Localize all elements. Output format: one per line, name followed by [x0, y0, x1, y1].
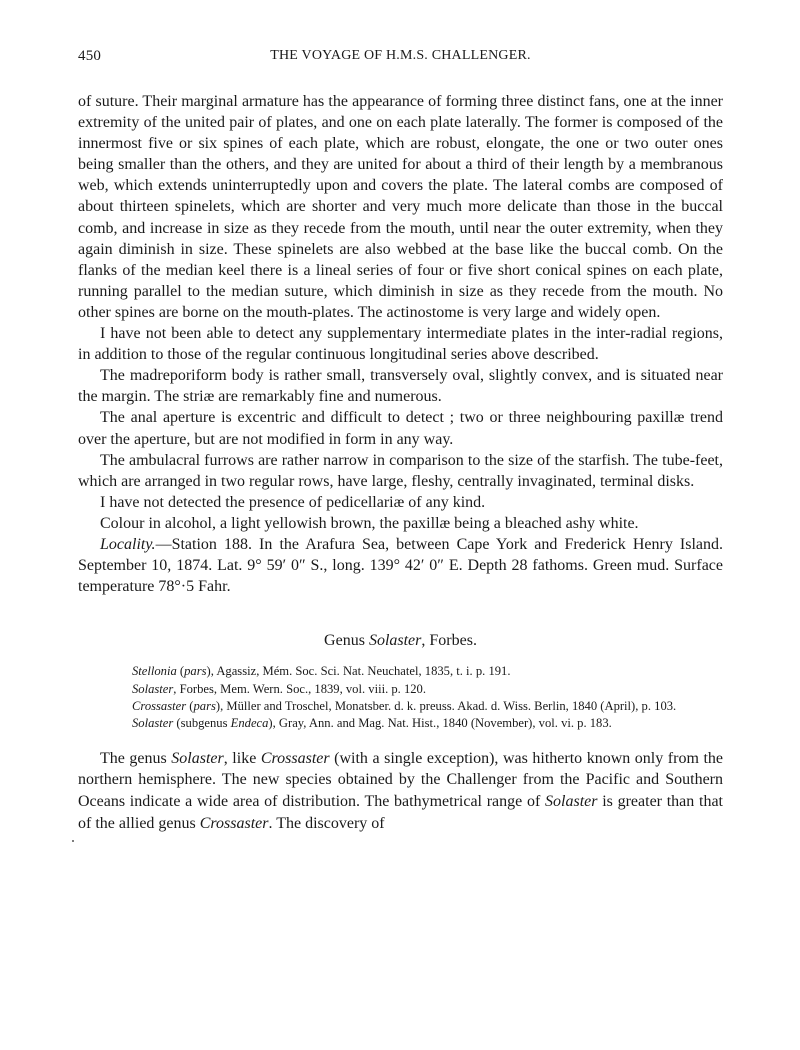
genus-name: Crossaster	[261, 750, 330, 767]
citation: Müller and Troschel, Monatsber. d. k. pr…	[226, 699, 676, 713]
qualifier: pars	[193, 699, 215, 713]
qualifier: Endeca	[231, 716, 269, 730]
qualifier-close: ),	[207, 664, 217, 678]
taxon-name: Solaster	[132, 716, 173, 730]
genus-prefix: Genus	[324, 632, 369, 649]
synonymy-entry: Solaster (subgenus Endeca), Gray, Ann. a…	[132, 715, 723, 732]
page-header: 450 THE VOYAGE OF H.M.S. CHALLENGER.	[78, 44, 723, 68]
paragraph: The madreporiform body is rather small, …	[78, 365, 723, 407]
taxon-name: Solaster	[132, 682, 173, 696]
genus-name: Crossaster	[200, 815, 269, 832]
synonymy-list: Stellonia (pars), Agassiz, Mém. Soc. Sci…	[132, 663, 723, 733]
paragraph: The genus Solaster, like Crossaster (wit…	[78, 748, 723, 834]
text-run: . The discovery of	[269, 815, 385, 832]
citation: Agassiz, Mém. Soc. Sci. Nat. Neuchatel, …	[216, 664, 510, 678]
genus-name: Solaster	[171, 750, 223, 767]
genus-name: Solaster	[369, 632, 421, 649]
locality-dash: —	[156, 536, 172, 553]
paragraph-continued: of suture. Their marginal armature has t…	[78, 91, 723, 323]
paragraph: The ambulacral furrows are rather narrow…	[78, 450, 723, 492]
qualifier-close: ),	[268, 716, 279, 730]
qualifier-open: (subgenus	[173, 716, 230, 730]
citation: Gray, Ann. and Mag. Nat. Hist., 1840 (No…	[279, 716, 612, 730]
text-run: , like	[224, 750, 261, 767]
description-text: of suture. Their marginal armature has t…	[78, 91, 723, 597]
genus-name: Solaster	[545, 793, 597, 810]
locality-text: Station 188. In the Arafura Sea, between…	[78, 536, 723, 595]
synonymy-entry: Solaster, Forbes, Mem. Wern. Soc., 1839,…	[132, 681, 723, 698]
text-run: The genus	[100, 750, 171, 767]
genus-discussion: The genus Solaster, like Crossaster (wit…	[78, 748, 723, 834]
scan-speck	[72, 840, 74, 842]
synonymy-entry: Stellonia (pars), Agassiz, Mém. Soc. Sci…	[132, 663, 723, 680]
taxon-name: Stellonia	[132, 664, 177, 678]
synonymy-entry: Crossaster (pars), Müller and Troschel, …	[132, 698, 723, 715]
genus-heading: Genus Solaster, Forbes.	[78, 630, 723, 651]
locality-paragraph: Locality.—Station 188. In the Arafura Se…	[78, 534, 723, 597]
genus-author: , Forbes.	[421, 632, 477, 649]
paragraph: The anal aperture is excentric and diffi…	[78, 407, 723, 449]
paragraph: I have not been able to detect any suppl…	[78, 323, 723, 365]
qualifier-close: ),	[216, 699, 227, 713]
citation: Forbes, Mem. Wern. Soc., 1839, vol. viii…	[180, 682, 426, 696]
paragraph: Colour in alcohol, a light yellowish bro…	[78, 513, 723, 534]
running-title: THE VOYAGE OF H.M.S. CHALLENGER.	[78, 48, 723, 64]
qualifier: pars	[184, 664, 206, 678]
book-page: 450 THE VOYAGE OF H.M.S. CHALLENGER. of …	[78, 44, 723, 834]
paragraph: I have not detected the presence of pedi…	[78, 492, 723, 513]
locality-label: Locality.	[100, 536, 156, 553]
taxon-name: Crossaster	[132, 699, 186, 713]
